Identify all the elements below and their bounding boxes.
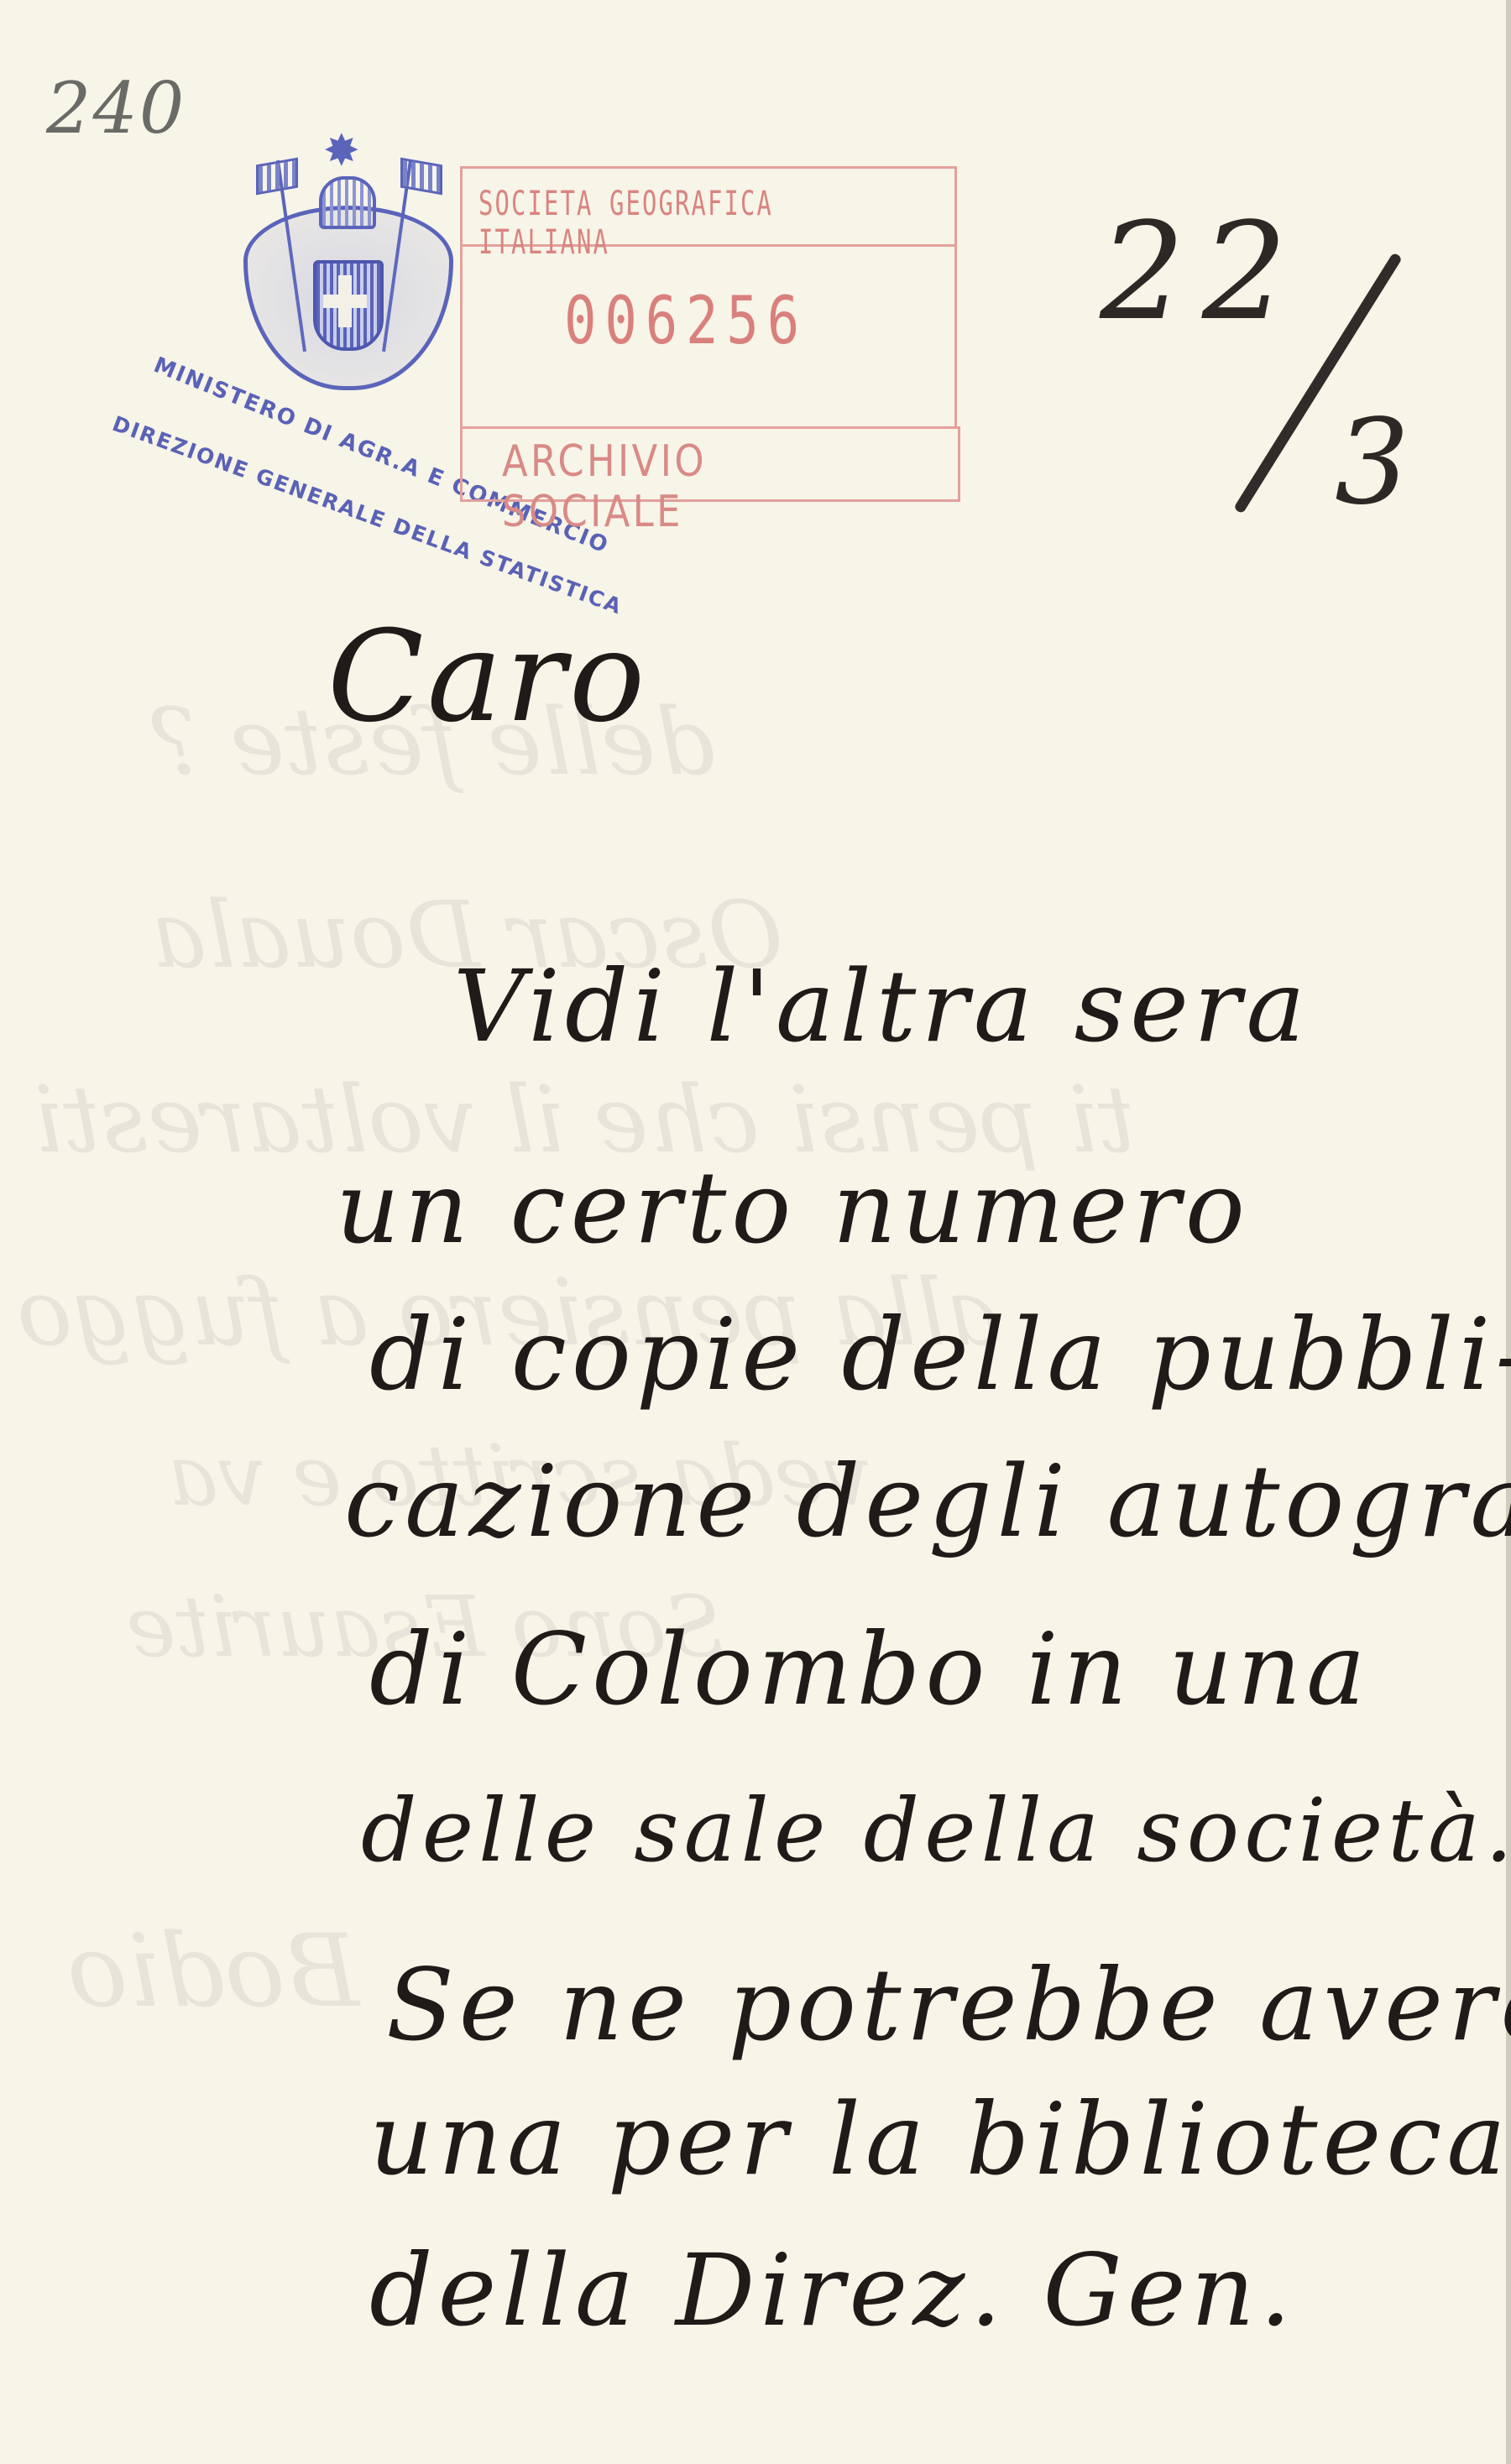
flag-left-icon	[256, 158, 298, 196]
archive-stamp: SOCIETA GEOGRAFICA ITALIANA 006256 ARCHI…	[460, 166, 959, 500]
royal-coat-of-arms-icon: ✸	[239, 126, 449, 403]
letter-line: delle sale della società.	[361, 1779, 1511, 1882]
folio-denominator: 3	[1335, 394, 1409, 531]
stamp-archive-label: ARCHIVIO SOCIALE	[502, 436, 895, 537]
letter-line: di Colombo in una	[369, 1611, 1370, 1727]
letter-line: cazione degli autografi	[344, 1443, 1511, 1559]
letter-line: Vidi l'altra sera	[453, 948, 1310, 1064]
letter-line: un certo numero	[336, 1150, 1250, 1266]
letter-line: una per la biblioteca	[369, 2081, 1511, 2197]
star-icon: ✸	[323, 126, 360, 176]
cross-icon	[323, 295, 367, 308]
folio-numerator: 22	[1100, 193, 1304, 350]
stamp-society-name: SOCIETA GEOGRAFICA ITALIANA	[478, 185, 824, 262]
crown-icon	[319, 176, 376, 229]
letter-page: delle feste ? Oscar Douala ti pensi che …	[0, 0, 1511, 2464]
letter-line: della Direz. Gen.	[369, 2232, 1296, 2348]
letter-salutation: Caro	[327, 604, 648, 750]
bleed-through-signature: Bodio	[67, 1913, 359, 2030]
letter-line: Se ne potrebbe avere	[386, 1947, 1511, 2063]
stamp-inventory-number: 006256	[564, 284, 808, 359]
letter-line: di copie della pubbli-	[369, 1297, 1511, 1412]
